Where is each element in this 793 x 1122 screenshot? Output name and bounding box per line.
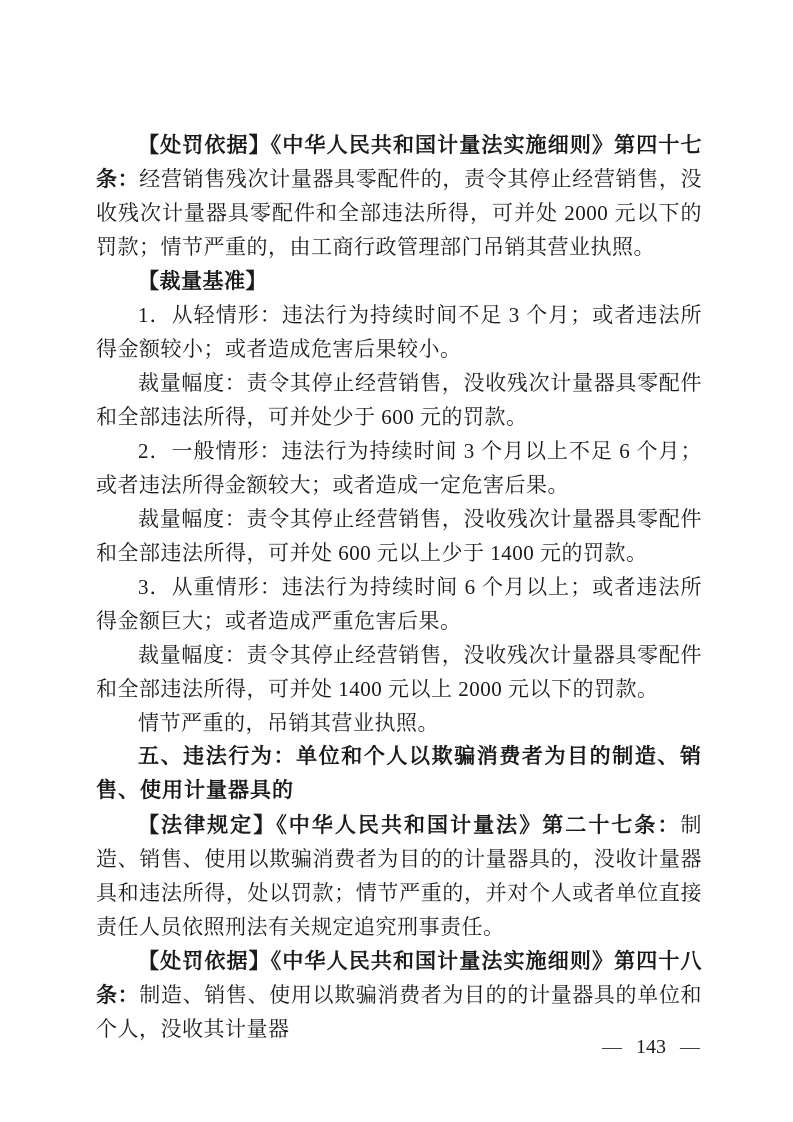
lenient-range-text: 裁量幅度：责令其停止经营销售，没收残次计量器具零配件和全部违法所得，可并处少于 … (96, 371, 702, 429)
footer-left-dash: — (602, 1036, 622, 1058)
paragraph-lenient-range: 裁量幅度：责令其停止经营销售，没收残次计量器具零配件和全部违法所得，可并处少于 … (96, 366, 702, 434)
general-case-text: 2．一般情形：违法行为持续时间 3 个月以上不足 6 个月；或者违法所得金额较大… (96, 439, 702, 497)
paragraph-discretion-standard-label: 【裁量基准】 (96, 264, 702, 298)
document-body: 【处罚依据】《中华人民共和国计量法实施细则》第四十七条：经营销售残次计量器具零配… (96, 128, 702, 1046)
page-number: 143 (636, 1036, 666, 1058)
paragraph-general-range: 裁量幅度：责令其停止经营销售，没收残次计量器具零配件和全部违法所得，可并处 60… (96, 502, 702, 570)
paragraph-legal-provision-article-27: 【法律规定】《中华人民共和国计量法》第二十七条：制造、销售、使用以欺骗消费者为目… (96, 808, 702, 944)
general-range-text: 裁量幅度：责令其停止经营销售，没收残次计量器具零配件和全部违法所得，可并处 60… (96, 507, 702, 565)
penalty-basis-47-text: 经营销售残次计量器具零配件的，责令其停止经营销售，没收残次计量器具零配件和全部违… (96, 167, 702, 259)
paragraph-severe-range: 裁量幅度：责令其停止经营销售，没收残次计量器具零配件和全部违法所得，可并处 14… (96, 638, 702, 706)
paragraph-penalty-basis-article-47: 【处罚依据】《中华人民共和国计量法实施细则》第四十七条：经营销售残次计量器具零配… (96, 128, 702, 264)
paragraph-penalty-basis-article-48: 【处罚依据】《中华人民共和国计量法实施细则》第四十八条：制造、销售、使用以欺骗消… (96, 944, 702, 1046)
footer-right-dash: — (680, 1036, 700, 1058)
severe-case-text: 3．从重情形：违法行为持续时间 6 个月以上；或者违法所得金额巨大；或者造成严重… (96, 575, 702, 633)
paragraph-lenient-case: 1．从轻情形：违法行为持续时间不足 3 个月；或者违法所得金额较小；或者造成危害… (96, 298, 702, 366)
discretion-standard-label: 【裁量基准】 (138, 269, 267, 293)
paragraph-license-revocation: 情节严重的，吊销其营业执照。 (96, 706, 702, 740)
penalty-basis-48-text: 制造、销售、使用以欺骗消费者为目的的计量器具的单位和个人，没收其计量器 (96, 983, 702, 1041)
document-page: 【处罚依据】《中华人民共和国计量法实施细则》第四十七条：经营销售残次计量器具零配… (0, 0, 793, 1122)
paragraph-severe-case: 3．从重情形：违法行为持续时间 6 个月以上；或者违法所得金额巨大；或者造成严重… (96, 570, 702, 638)
paragraph-general-case: 2．一般情形：违法行为持续时间 3 个月以上不足 6 个月；或者违法所得金额较大… (96, 434, 702, 502)
legal-provision-27-label: 【法律规定】《中华人民共和国计量法》第二十七条： (138, 813, 681, 837)
license-revocation-text: 情节严重的，吊销其营业执照。 (138, 711, 439, 735)
section-heading-violation-5-text: 五、违法行为：单位和个人以欺骗消费者为目的制造、销售、使用计量器具的 (96, 745, 702, 802)
section-heading-violation-5: 五、违法行为：单位和个人以欺骗消费者为目的制造、销售、使用计量器具的 (96, 740, 702, 808)
lenient-case-text: 1．从轻情形：违法行为持续时间不足 3 个月；或者违法所得金额较小；或者造成危害… (96, 303, 702, 361)
page-footer: —143— (602, 1036, 700, 1058)
severe-range-text: 裁量幅度：责令其停止经营销售，没收残次计量器具零配件和全部违法所得，可并处 14… (96, 643, 702, 701)
